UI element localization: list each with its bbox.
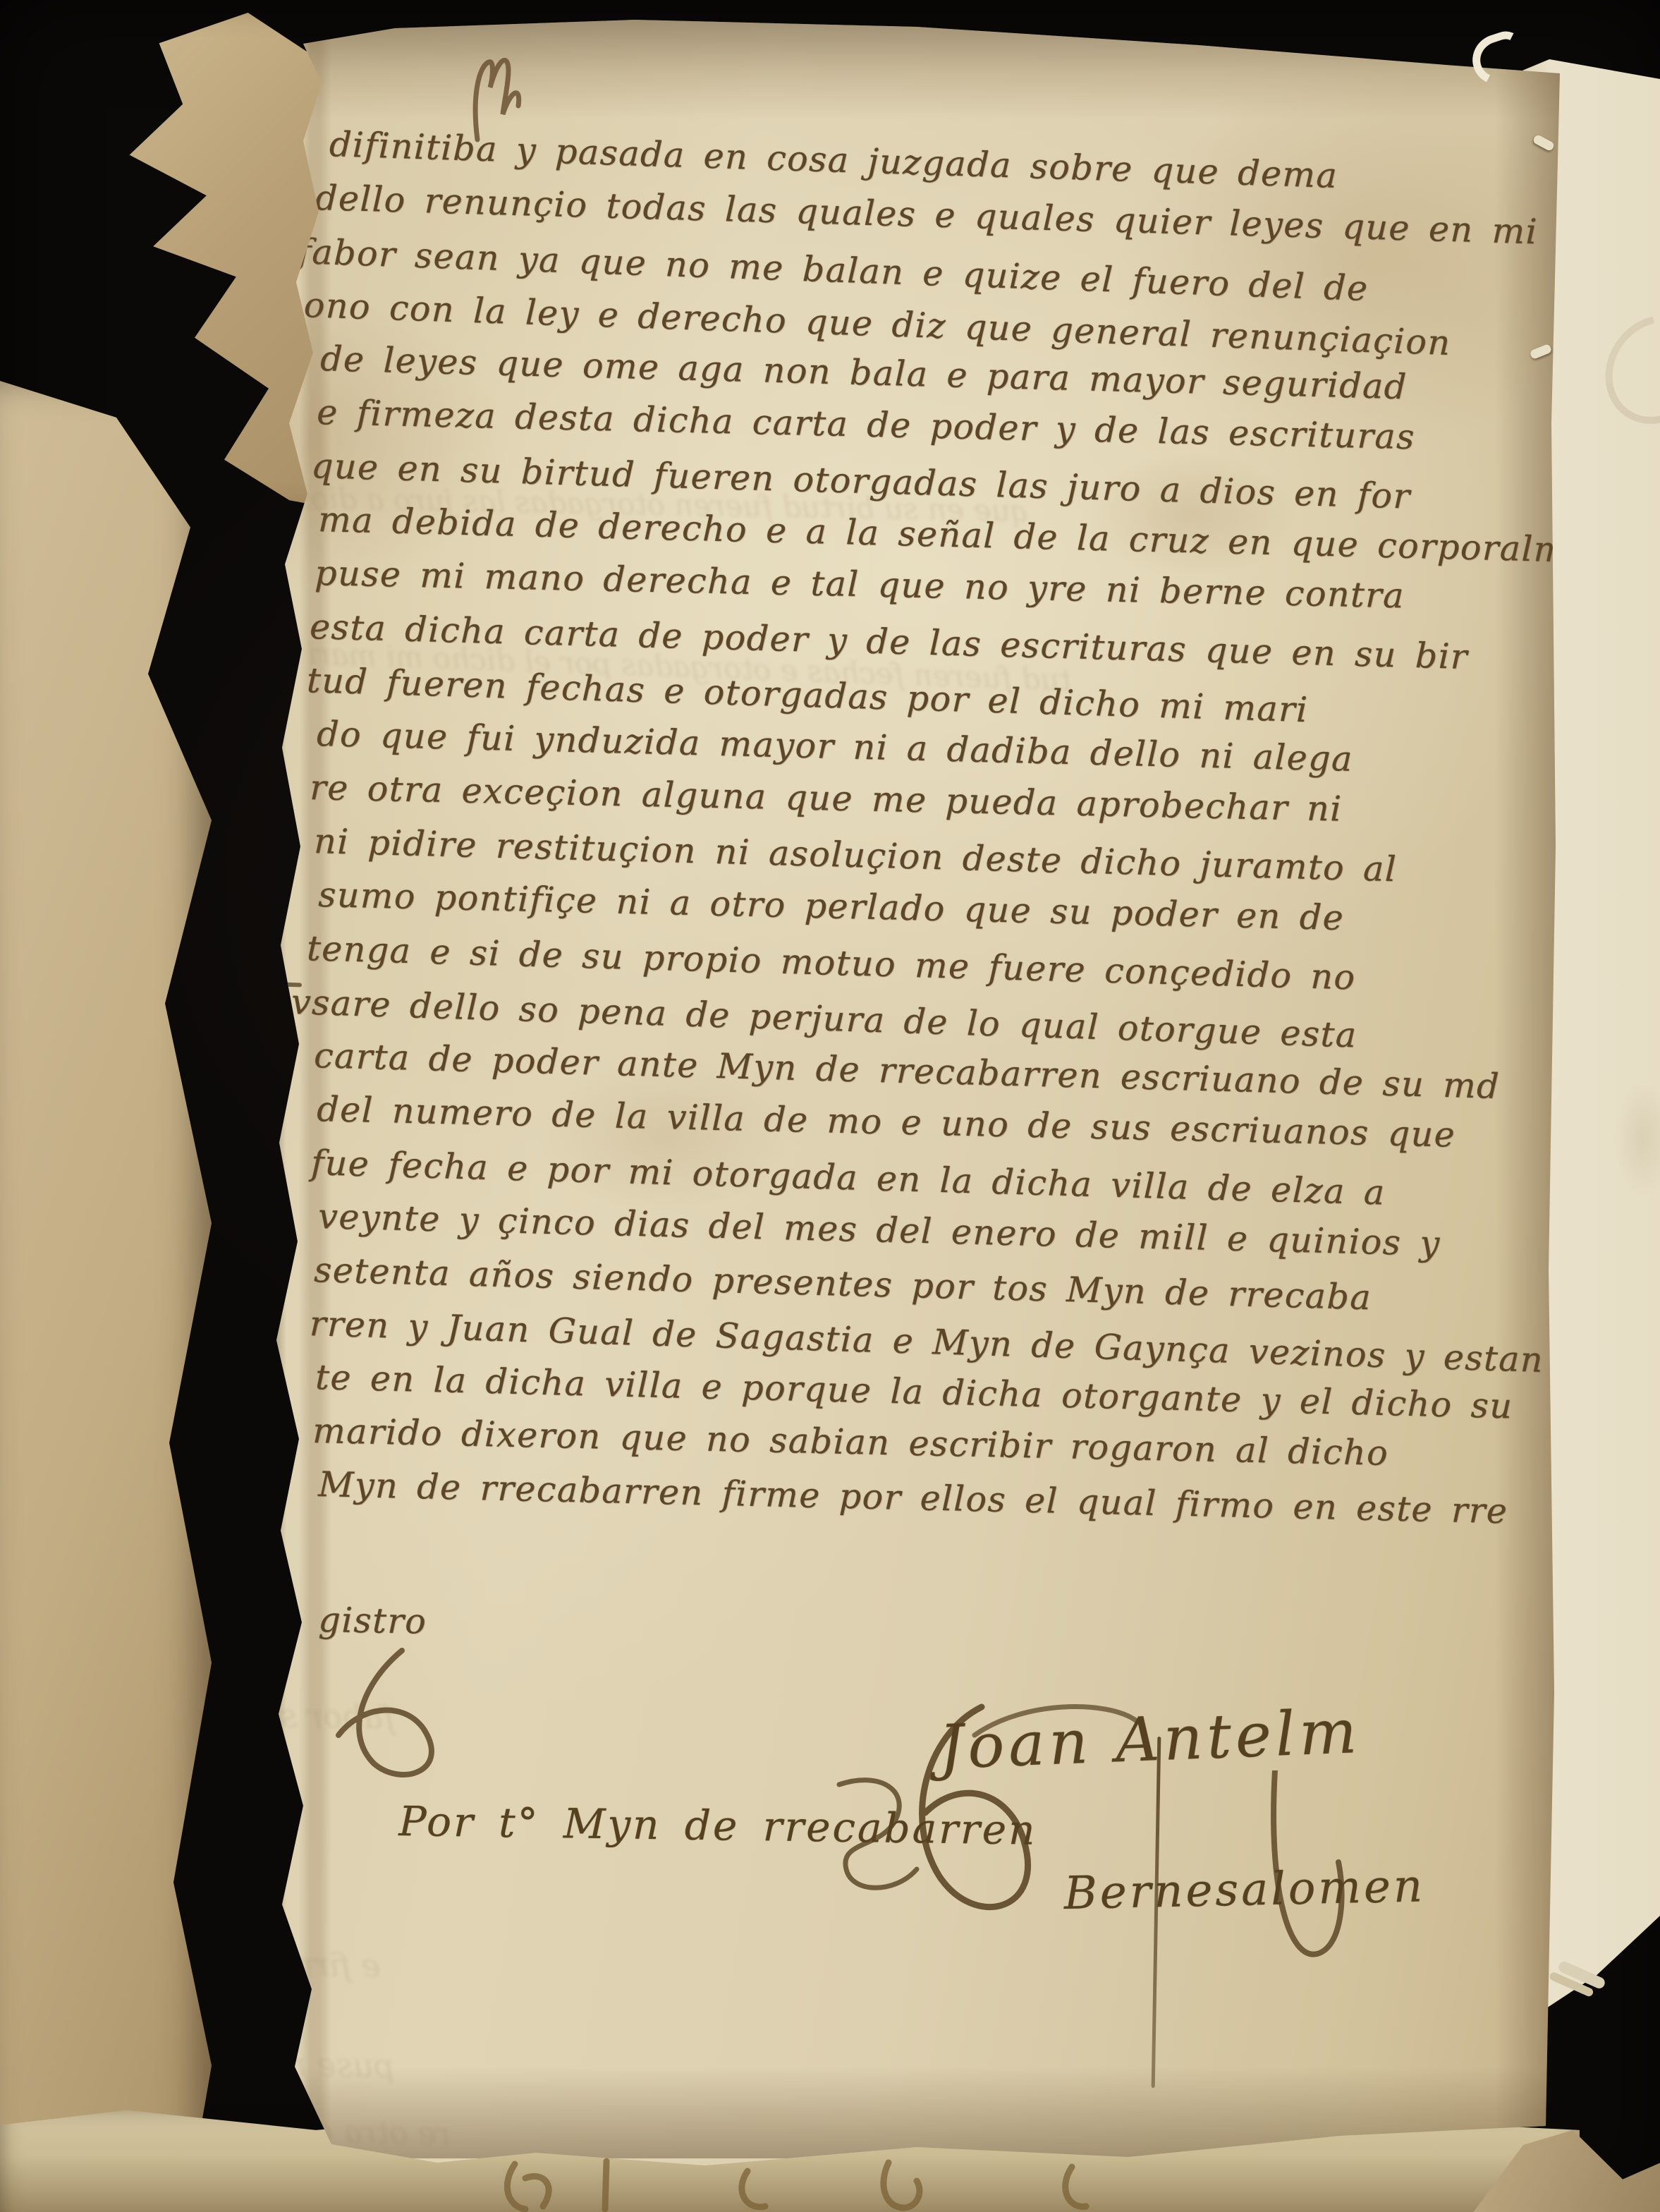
text-line: marido dixeron que no sabian escribir ro… bbox=[312, 1411, 1389, 1473]
adjacent-page-ink-bleed bbox=[1585, 295, 1660, 444]
witness-signature: Por t° Myn de rrecabarren bbox=[398, 1797, 1037, 1854]
page-top-fold-shadow bbox=[268, 14, 1580, 120]
manuscript-photo: difinitiba y pasada en cosa juzgada sobr… bbox=[0, 0, 1660, 2212]
principal-signature: Joan Antelm bbox=[938, 1696, 1362, 1783]
text-line: puse mi mano derecha e tal que no yre ni… bbox=[315, 553, 1405, 616]
gistro-flourish bbox=[317, 1643, 501, 1792]
text-line: gistro bbox=[318, 1600, 427, 1642]
text-line: re otra exceçion alguna que me pueda apr… bbox=[310, 767, 1343, 829]
adjacent-page-smudge bbox=[1587, 1033, 1660, 1244]
secondary-signature: Bernesalomen bbox=[1063, 1860, 1426, 1920]
bleedthrough-line: dello renunçio todas las quales e quales… bbox=[0, 202, 42, 265]
text-line: setenta años siendo presentes por tos My… bbox=[314, 1250, 1372, 1318]
text-line: Myn de rrecabarren firme por ellos el qu… bbox=[318, 1464, 1508, 1531]
torn-underpage-left-edge bbox=[0, 381, 212, 2212]
